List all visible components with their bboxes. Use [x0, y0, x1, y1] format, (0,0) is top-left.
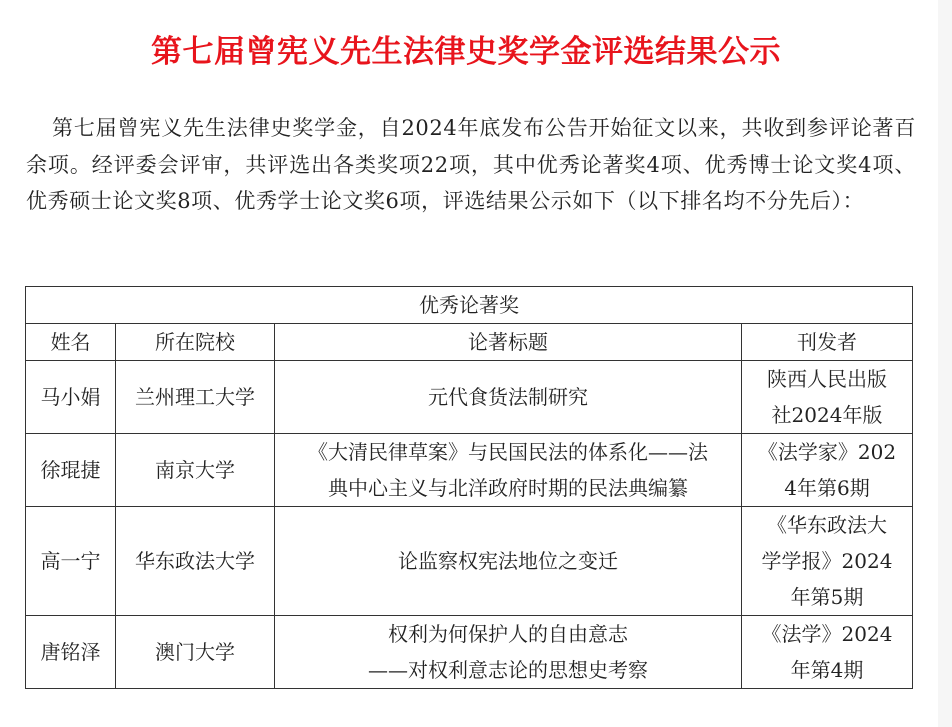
header-row: 姓名 所在院校 论著标题 刊发者	[26, 324, 913, 361]
title-line: 《大清民律草案》与民国民法的体系化——法	[281, 434, 735, 470]
header-name: 姓名	[26, 324, 116, 361]
header-publisher: 刊发者	[742, 324, 913, 361]
publisher-line: 《法学家》202	[748, 434, 906, 470]
cell-title: 元代食货法制研究	[275, 361, 742, 434]
cell-title: 权利为何保护人的自由意志 ——对权利意志论的思想史考察	[275, 616, 742, 689]
cell-school: 南京大学	[116, 434, 275, 507]
cell-school: 华东政法大学	[116, 507, 275, 616]
cell-school: 澳门大学	[116, 616, 275, 689]
cell-name: 马小娟	[26, 361, 116, 434]
cell-name: 徐琨捷	[26, 434, 116, 507]
title-line: 论监察权宪法地位之变迁	[281, 543, 735, 579]
award-table: 优秀论著奖 姓名 所在院校 论著标题 刊发者 马小娟 兰州理工大学 元代食货法制…	[25, 286, 913, 689]
cell-publisher: 《法学家》202 4年第6期	[742, 434, 913, 507]
intro-paragraph: 第七届曾宪义先生法律史奖学金，自2024年底发布公告开始征文以来，共收到参评论著…	[26, 110, 916, 220]
header-school: 所在院校	[116, 324, 275, 361]
page-margin	[938, 0, 952, 727]
header-title: 论著标题	[275, 324, 742, 361]
publisher-line: 年第4期	[748, 652, 906, 688]
publisher-line: 社2024年版	[748, 397, 906, 433]
publisher-line: 学学报》2024	[748, 543, 906, 579]
section-title: 优秀论著奖	[26, 287, 913, 324]
title-line: 典中心主义与北洋政府时期的民法典编纂	[281, 470, 735, 506]
section-title-row: 优秀论著奖	[26, 287, 913, 324]
cell-name: 唐铭泽	[26, 616, 116, 689]
publisher-line: 《法学》2024	[748, 616, 906, 652]
cell-publisher: 《华东政法大 学学报》2024 年第5期	[742, 507, 913, 616]
table-row: 唐铭泽 澳门大学 权利为何保护人的自由意志 ——对权利意志论的思想史考察 《法学…	[26, 616, 913, 689]
table-row: 高一宁 华东政法大学 论监察权宪法地位之变迁 《华东政法大 学学报》2024 年…	[26, 507, 913, 616]
title-line: 元代食货法制研究	[281, 379, 735, 415]
cell-title: 《大清民律草案》与民国民法的体系化——法 典中心主义与北洋政府时期的民法典编纂	[275, 434, 742, 507]
publisher-line: 年第5期	[748, 579, 906, 615]
table-row: 马小娟 兰州理工大学 元代食货法制研究 陕西人民出版 社2024年版	[26, 361, 913, 434]
title-line: ——对权利意志论的思想史考察	[281, 652, 735, 688]
cell-school: 兰州理工大学	[116, 361, 275, 434]
table-row: 徐琨捷 南京大学 《大清民律草案》与民国民法的体系化——法 典中心主义与北洋政府…	[26, 434, 913, 507]
document-title: 第七届曾宪义先生法律史奖学金评选结果公示	[0, 30, 932, 74]
cell-title: 论监察权宪法地位之变迁	[275, 507, 742, 616]
publisher-line: 4年第6期	[748, 470, 906, 506]
publisher-line: 陕西人民出版	[748, 361, 906, 397]
cell-name: 高一宁	[26, 507, 116, 616]
cell-publisher: 《法学》2024 年第4期	[742, 616, 913, 689]
title-line: 权利为何保护人的自由意志	[281, 616, 735, 652]
cell-publisher: 陕西人民出版 社2024年版	[742, 361, 913, 434]
publisher-line: 《华东政法大	[748, 507, 906, 543]
